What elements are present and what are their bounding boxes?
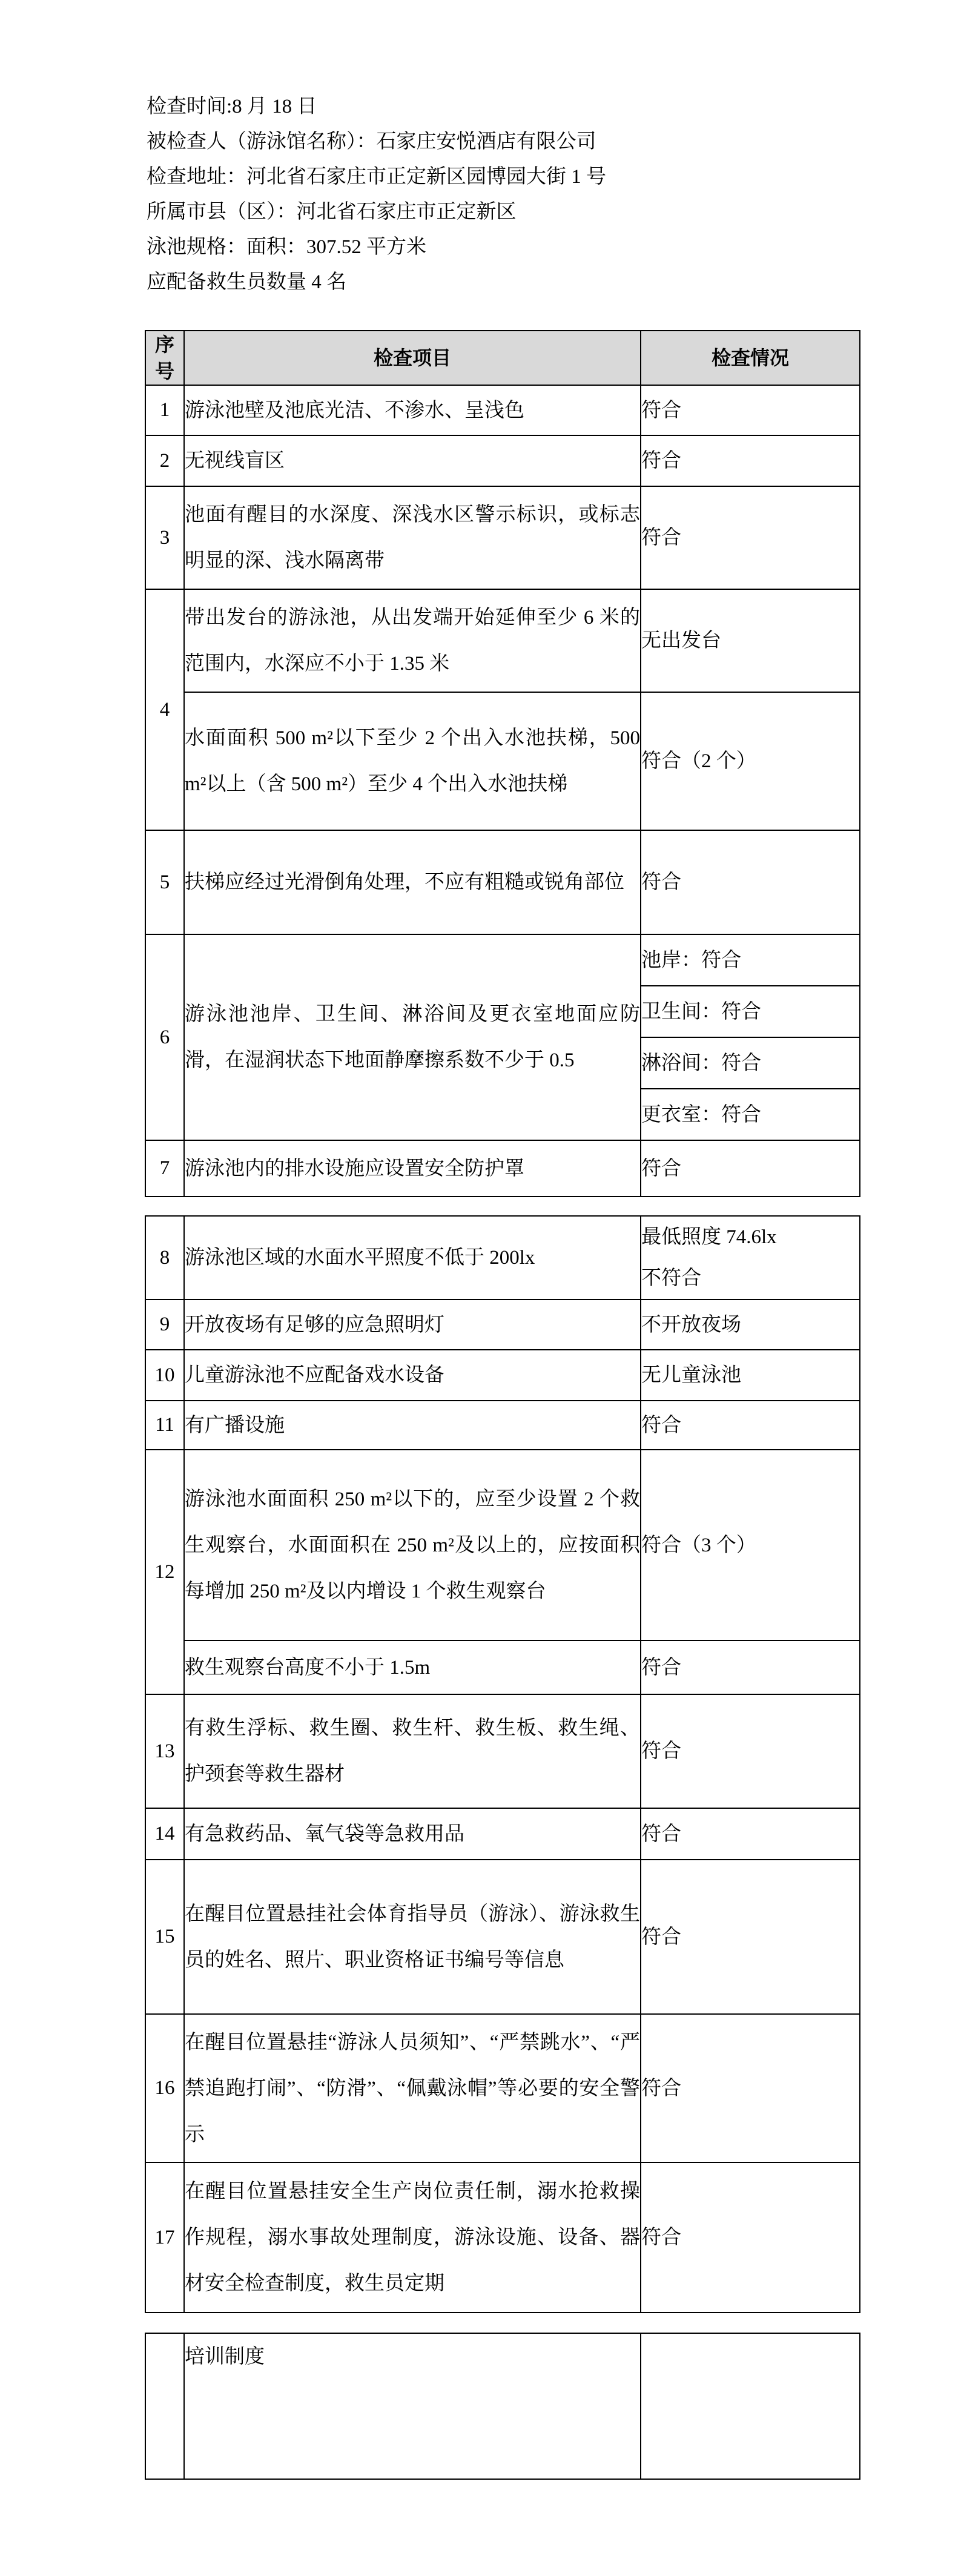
row-10-status: 无儿童泳池: [641, 1350, 860, 1401]
table-row: 水面面积 500 m²以下至少 2 个出入水池扶梯，500 m²以上（含 500…: [145, 692, 860, 830]
table-row: 救生观察台高度不小于 1.5m 符合: [145, 1640, 860, 1694]
table-row: 15 在醒目位置悬挂社会体育指导员（游泳）、游泳救生员的姓名、照片、职业资格证书…: [145, 1860, 860, 2014]
table-row: 1 游泳池壁及池底光洁、不渗水、呈浅色 符合: [145, 385, 860, 435]
header-line-inspection-address: 检查地址：河北省石家庄市正定新区园博园大街 1 号: [147, 159, 873, 194]
row-5-no: 5: [145, 830, 184, 934]
row-10-no: 10: [145, 1350, 184, 1401]
row-9-status: 不开放夜场: [641, 1300, 860, 1350]
continuation-row-item: 培训制度: [184, 2333, 641, 2479]
row-8-no: 8: [145, 1216, 184, 1300]
row-2-no: 2: [145, 435, 184, 486]
header-line-lifeguard-count: 应配备救生员数量 4 名: [147, 265, 873, 300]
header-info: 检查时间:8 月 18 日 被检查人（游泳馆名称）：石家庄安悦酒店有限公司 检查…: [147, 89, 873, 300]
row-16-item: 在醒目位置悬挂“游泳人员须知”、“严禁跳水”、“严禁追跑打闹”、“防滑”、“佩戴…: [184, 2014, 641, 2162]
row-5-status: 符合: [641, 830, 860, 934]
row-3-status: 符合: [641, 486, 860, 589]
row-8-item: 游泳池区域的水面水平照度不低于 200lx: [184, 1216, 641, 1300]
row-3-item: 池面有醒目的水深度、深浅水区警示标识，或标志明显的深、浅水隔离带: [184, 486, 641, 589]
row-2-status: 符合: [641, 435, 860, 486]
table-row: 11 有广播设施 符合: [145, 1401, 860, 1450]
header-line-inspection-time: 检查时间:8 月 18 日: [147, 89, 873, 124]
row-6-status-changing-room: 更衣室：符合: [641, 1089, 860, 1140]
row-4-no: 4: [145, 589, 184, 830]
table-row: 6 游泳池池岸、卫生间、淋浴间及更衣室地面应防滑，在湿润状态下地面静摩擦系数不少…: [145, 934, 860, 986]
header-line-district: 所属市县（区）：河北省石家庄市正定新区: [147, 194, 873, 230]
row-4a-status: 无出发台: [641, 589, 860, 692]
row-7-item: 游泳池内的排水设施应设置安全防护罩: [184, 1140, 641, 1197]
row-1-no: 1: [145, 385, 184, 435]
row-17-item: 在醒目位置悬挂安全生产岗位责任制，溺水抢救操作规程，溺水事故处理制度，游泳设施、…: [184, 2162, 641, 2313]
row-2-item: 无视线盲区: [184, 435, 641, 486]
row-14-status: 符合: [641, 1808, 860, 1860]
table-row: 13 有救生浮标、救生圈、救生杆、救生板、救生绳、护颈套等救生器材 符合: [145, 1694, 860, 1808]
row-15-status: 符合: [641, 1860, 860, 2014]
row-6-status-poolside: 池岸：符合: [641, 934, 860, 986]
inspection-table-1: 序号 检查项目 检查情况 1 游泳池壁及池底光洁、不渗水、呈浅色 符合 2 无视…: [145, 330, 860, 1197]
row-12a-status: 符合（3 个）: [641, 1450, 860, 1640]
row-12b-status: 符合: [641, 1640, 860, 1694]
row-13-no: 13: [145, 1694, 184, 1808]
row-1-item: 游泳池壁及池底光洁、不渗水、呈浅色: [184, 385, 641, 435]
table-row: 12 游泳池水面面积 250 m²以下的，应至少设置 2 个救生观察台，水面面积…: [145, 1450, 860, 1640]
row-9-no: 9: [145, 1300, 184, 1350]
row-1-status: 符合: [641, 385, 860, 435]
row-11-no: 11: [145, 1401, 184, 1450]
table-row: 培训制度: [145, 2333, 860, 2479]
row-5-item: 扶梯应经过光滑倒角处理，不应有粗糙或锐角部位: [184, 830, 641, 934]
table-row: 16 在醒目位置悬挂“游泳人员须知”、“严禁跳水”、“严禁追跑打闹”、“防滑”、…: [145, 2014, 860, 2162]
row-7-status: 符合: [641, 1140, 860, 1197]
row-13-status: 符合: [641, 1694, 860, 1808]
row-11-item: 有广播设施: [184, 1401, 641, 1450]
row-6-status-shower: 淋浴间：符合: [641, 1037, 860, 1089]
table-row: 4 带出发台的游泳池，从出发端开始延伸至少 6 米的范围内，水深应不小于 1.3…: [145, 589, 860, 692]
row-13-item: 有救生浮标、救生圈、救生杆、救生板、救生绳、护颈套等救生器材: [184, 1694, 641, 1808]
row-4a-item: 带出发台的游泳池，从出发端开始延伸至少 6 米的范围内，水深应不小于 1.35 …: [184, 589, 641, 692]
table-row: 9 开放夜场有足够的应急照明灯 不开放夜场: [145, 1300, 860, 1350]
header-cell-item: 检查项目: [184, 331, 641, 385]
inspection-table-2: 8 游泳池区域的水面水平照度不低于 200lx 最低照度 74.6lx 不符合 …: [145, 1215, 860, 2313]
row-16-status: 符合: [641, 2014, 860, 2162]
table-row: 14 有急救药品、氧气袋等急救用品 符合: [145, 1808, 860, 1860]
row-17-status: 符合: [641, 2162, 860, 2313]
row-4b-item: 水面面积 500 m²以下至少 2 个出入水池扶梯，500 m²以上（含 500…: [184, 692, 641, 830]
row-6-item: 游泳池池岸、卫生间、淋浴间及更衣室地面应防滑，在湿润状态下地面静摩擦系数不少于 …: [184, 934, 641, 1140]
row-12b-item: 救生观察台高度不小于 1.5m: [184, 1640, 641, 1694]
table-row: 7 游泳池内的排水设施应设置安全防护罩 符合: [145, 1140, 860, 1197]
table-row: 2 无视线盲区 符合: [145, 435, 860, 486]
row-3-no: 3: [145, 486, 184, 589]
row-15-no: 15: [145, 1860, 184, 2014]
row-8-status: 最低照度 74.6lx 不符合: [641, 1216, 860, 1300]
continuation-row-status: [641, 2333, 860, 2479]
row-15-item: 在醒目位置悬挂社会体育指导员（游泳）、游泳救生员的姓名、照片、职业资格证书编号等…: [184, 1860, 641, 2014]
header-cell-no: 序号: [145, 331, 184, 385]
row-6-status-restroom: 卫生间：符合: [641, 986, 860, 1037]
row-12a-item: 游泳池水面面积 250 m²以下的，应至少设置 2 个救生观察台，水面面积在 2…: [184, 1450, 641, 1640]
table-row: 10 儿童游泳池不应配备戏水设备 无儿童泳池: [145, 1350, 860, 1401]
header-cell-status: 检查情况: [641, 331, 860, 385]
row-11-status: 符合: [641, 1401, 860, 1450]
inspection-table-3: 培训制度: [145, 2333, 860, 2480]
table-row: 17 在醒目位置悬挂安全生产岗位责任制，溺水抢救操作规程，溺水事故处理制度，游泳…: [145, 2162, 860, 2313]
row-9-item: 开放夜场有足够的应急照明灯: [184, 1300, 641, 1350]
header-line-inspected-party: 被检查人（游泳馆名称）：石家庄安悦酒店有限公司: [147, 124, 873, 159]
table-row: 5 扶梯应经过光滑倒角处理，不应有粗糙或锐角部位 符合: [145, 830, 860, 934]
row-10-item: 儿童游泳池不应配备戏水设备: [184, 1350, 641, 1401]
header-line-pool-spec: 泳池规格：面积：307.52 平方米: [147, 230, 873, 265]
row-16-no: 16: [145, 2014, 184, 2162]
row-17-no: 17: [145, 2162, 184, 2313]
row-12-no: 12: [145, 1450, 184, 1694]
row-14-no: 14: [145, 1808, 184, 1860]
row-6-no: 6: [145, 934, 184, 1140]
row-14-item: 有急救药品、氧气袋等急救用品: [184, 1808, 641, 1860]
continuation-row-no: [145, 2333, 184, 2479]
table-row: 8 游泳池区域的水面水平照度不低于 200lx 最低照度 74.6lx 不符合: [145, 1216, 860, 1300]
table-row: 3 池面有醒目的水深度、深浅水区警示标识，或标志明显的深、浅水隔离带 符合: [145, 486, 860, 589]
row-7-no: 7: [145, 1140, 184, 1197]
document-page: 检查时间:8 月 18 日 被检查人（游泳馆名称）：石家庄安悦酒店有限公司 检查…: [0, 0, 961, 2576]
row-4b-status: 符合（2 个）: [641, 692, 860, 830]
